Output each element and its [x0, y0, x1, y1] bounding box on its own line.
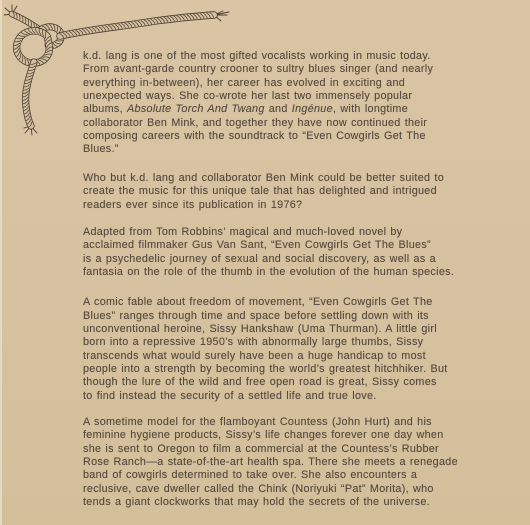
text-line: though the lure of the wild and free ope… [83, 376, 530, 389]
booklet-page: k.d. lang is one of the most gifted voca… [0, 0, 530, 525]
text-line: reclusive, cave dweller called the Chink… [83, 483, 530, 496]
text-line: Blues.” [83, 143, 530, 156]
text-line: unconventional heroine, Sissy Hankshaw (… [83, 323, 530, 336]
liner-notes-paragraph-5: A sometime model for the flamboyant Coun… [83, 416, 530, 509]
text-line: fantasia on the role of the thumb in the… [83, 266, 530, 279]
text-line: Adapted from Tom Robbins’ magical and mu… [83, 226, 530, 239]
text-line: acclaimed filmmaker Gus Van Sant, “Even … [83, 239, 530, 252]
liner-notes-paragraph-2: Who but k.d. lang and collaborator Ben M… [83, 172, 530, 212]
text-line: readers ever since its publication in 19… [83, 199, 530, 212]
text-line: to find instead the security of a settle… [83, 390, 530, 403]
text-line: born into a repressive 1950’s with abnor… [83, 336, 530, 349]
text-line: transcends what would surely have been a… [83, 350, 530, 363]
text-line: everything in-between), her career has e… [83, 77, 530, 90]
liner-notes-text: k.d. lang is one of the most gifted voca… [83, 50, 530, 510]
liner-notes-paragraph-3: Adapted from Tom Robbins’ magical and mu… [83, 226, 530, 279]
text-line: people into a strength by becoming the w… [83, 363, 530, 376]
text-line: Rose Ranch—a state-of-the-art health spa… [83, 456, 530, 469]
text-line: albums, Absolute Torch And Twang and Ing… [83, 103, 530, 116]
text-line: she is sent to Oregon to film a commerci… [83, 443, 530, 456]
text-line: tends a giant clockworks that may hold t… [83, 496, 530, 509]
text-line: k.d. lang is one of the most gifted voca… [83, 50, 530, 63]
text-line: Blues” ranges through time and space bef… [83, 310, 530, 323]
text-line: is a psychedelic journey of sexual and s… [83, 253, 530, 266]
liner-notes-paragraph-4: A comic fable about freedom of movement,… [83, 296, 530, 403]
text-line: A sometime model for the flamboyant Coun… [83, 416, 530, 429]
text-line: Who but k.d. lang and collaborator Ben M… [83, 172, 530, 185]
text-line: From avant-garde country crooner to sult… [83, 63, 530, 76]
text-line: feminine hygiene products, Sissy’s life … [83, 429, 530, 442]
text-line: composing careers with the soundtrack to… [83, 130, 530, 143]
text-line: create the music for this unique tale th… [83, 185, 530, 198]
text-line: collaborator Ben Mink, and together they… [83, 117, 530, 130]
liner-notes-paragraph-1: k.d. lang is one of the most gifted voca… [83, 50, 530, 157]
text-line: A comic fable about freedom of movement,… [83, 296, 530, 309]
text-line: unexpected ways. She co-wrote her last t… [83, 90, 530, 103]
text-line: band of cowgirls determined to take over… [83, 469, 530, 482]
